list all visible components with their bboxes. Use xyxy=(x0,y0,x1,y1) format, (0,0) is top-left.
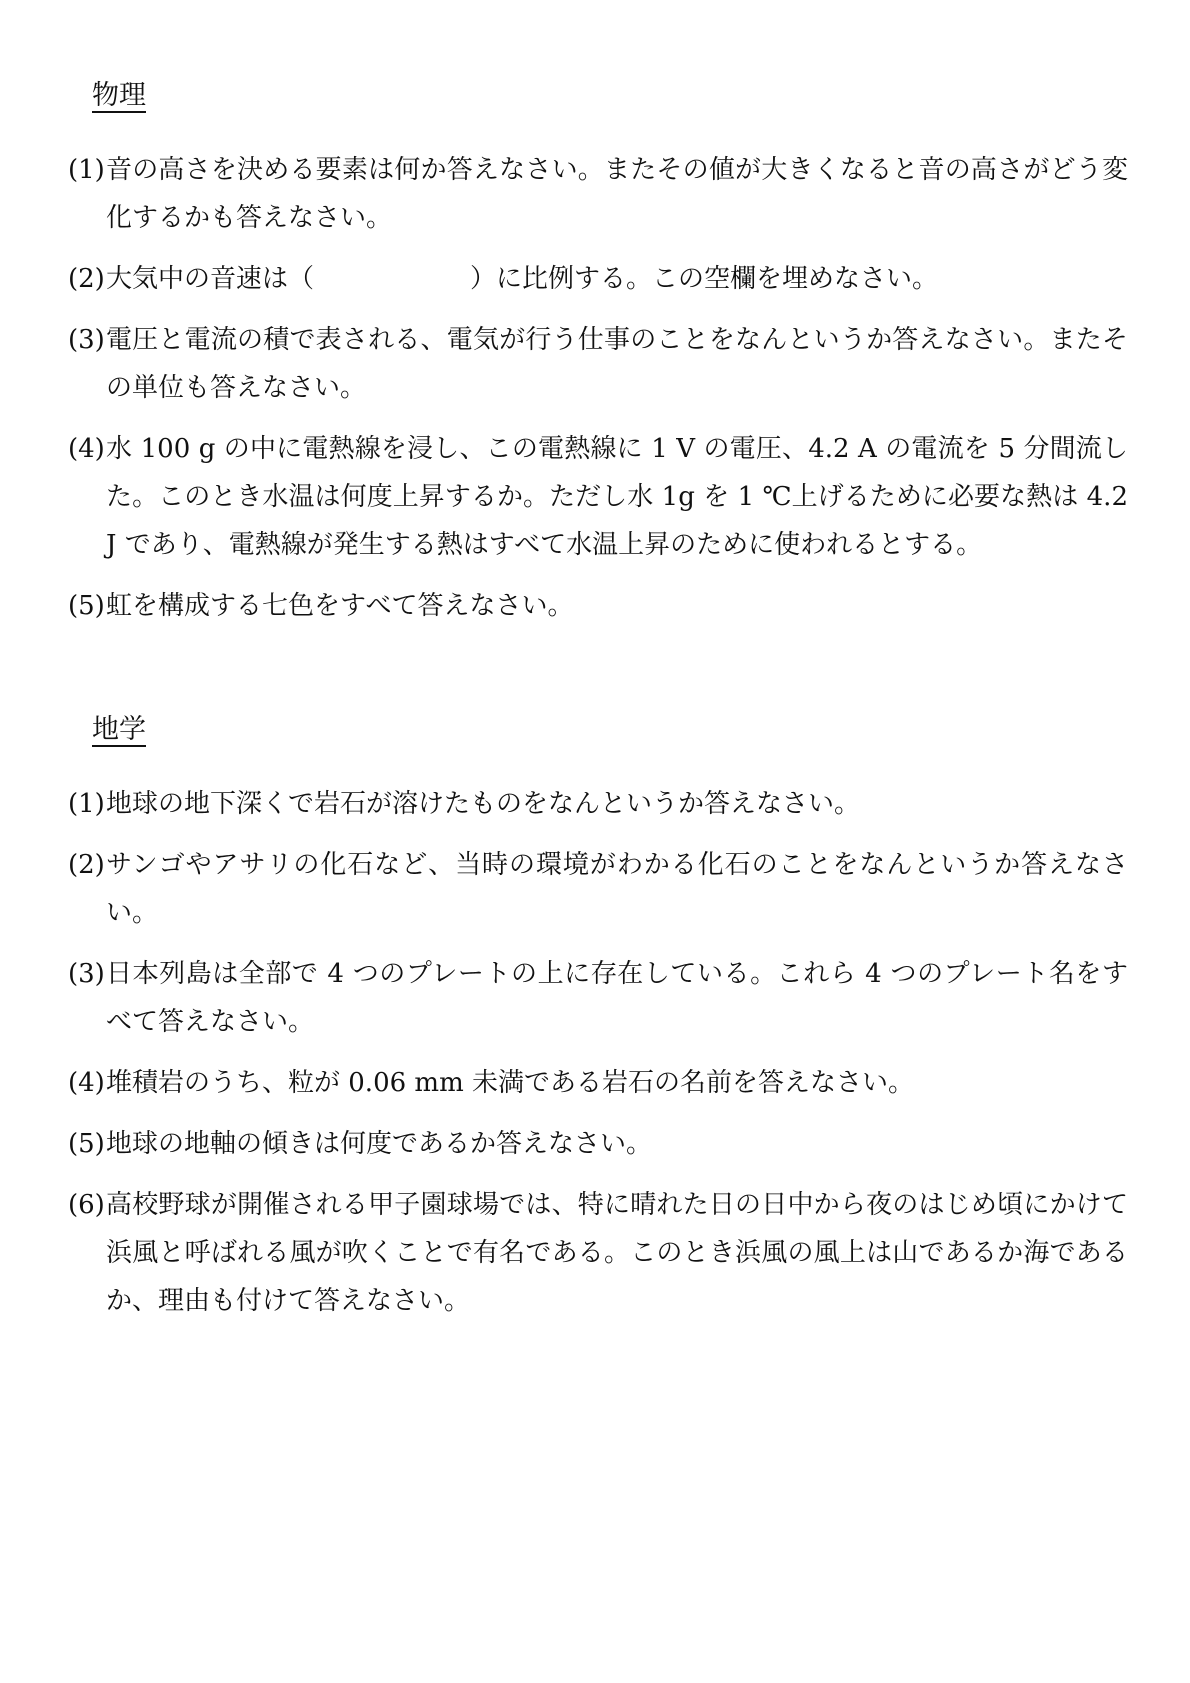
question-text: 虹を構成する七色をすべて答えなさい。 xyxy=(106,582,1128,630)
question-text: 高校野球が開催される甲子園球場では、特に晴れた日の日中から夜のはじめ頃にかけて浜… xyxy=(106,1181,1128,1325)
question-number: (3) xyxy=(68,316,106,364)
question-item: (3) 電圧と電流の積で表される、電気が行う仕事のことをなんというか答えなさい。… xyxy=(68,316,1128,412)
section-title-physics: 物理 xyxy=(92,76,146,116)
question-text: サンゴやアサリの化石など、当時の環境がわかる化石のことをなんというか答えなさい。 xyxy=(106,841,1128,937)
question-text: 地球の地下深くで岩石が溶けたものをなんというか答えなさい。 xyxy=(106,780,1128,828)
question-item: (4) 水 100 g の中に電熱線を浸し、この電熱線に 1 V の電圧、4.2… xyxy=(68,425,1128,569)
document-page: 物理 (1) 音の高さを決める要素は何か答えなさい。またその値が大きくなると音の… xyxy=(0,0,1190,1683)
question-item: (5) 虹を構成する七色をすべて答えなさい。 xyxy=(68,582,1128,630)
question-item: (2) 大気中の音速は（ ）に比例する。この空欄を埋めなさい。 xyxy=(68,255,1128,303)
question-number: (6) xyxy=(68,1181,106,1229)
question-item: (1) 音の高さを決める要素は何か答えなさい。またその値が大きくなると音の高さが… xyxy=(68,146,1128,242)
question-text: 堆積岩のうち、粒が 0.06 mm 未満である岩石の名前を答えなさい。 xyxy=(106,1059,1128,1107)
section-physics: 物理 (1) 音の高さを決める要素は何か答えなさい。またその値が大きくなると音の… xyxy=(68,76,1128,630)
question-number: (5) xyxy=(68,582,106,630)
question-item: (1) 地球の地下深くで岩石が溶けたものをなんというか答えなさい。 xyxy=(68,780,1128,828)
question-item: (4) 堆積岩のうち、粒が 0.06 mm 未満である岩石の名前を答えなさい。 xyxy=(68,1059,1128,1107)
question-text: 大気中の音速は（ ）に比例する。この空欄を埋めなさい。 xyxy=(106,255,1128,303)
question-number: (1) xyxy=(68,146,106,194)
section-earth-science: 地学 (1) 地球の地下深くで岩石が溶けたものをなんというか答えなさい。 (2)… xyxy=(68,710,1128,1325)
question-number: (4) xyxy=(68,1059,106,1107)
question-text: 水 100 g の中に電熱線を浸し、この電熱線に 1 V の電圧、4.2 A の… xyxy=(106,425,1128,569)
question-number: (5) xyxy=(68,1120,106,1168)
question-item: (2) サンゴやアサリの化石など、当時の環境がわかる化石のことをなんというか答え… xyxy=(68,841,1128,937)
question-text: 音の高さを決める要素は何か答えなさい。またその値が大きくなると音の高さがどう変化… xyxy=(106,146,1128,242)
question-text: 地球の地軸の傾きは何度であるか答えなさい。 xyxy=(106,1120,1128,1168)
question-text: 電圧と電流の積で表される、電気が行う仕事のことをなんというか答えなさい。またその… xyxy=(106,316,1128,412)
question-item: (5) 地球の地軸の傾きは何度であるか答えなさい。 xyxy=(68,1120,1128,1168)
question-number: (1) xyxy=(68,780,106,828)
question-number: (2) xyxy=(68,841,106,889)
physics-question-list: (1) 音の高さを決める要素は何か答えなさい。またその値が大きくなると音の高さが… xyxy=(68,146,1128,630)
question-text: 日本列島は全部で 4 つのプレートの上に存在している。これら 4 つのプレート名… xyxy=(106,950,1128,1046)
question-number: (3) xyxy=(68,950,106,998)
question-item: (6) 高校野球が開催される甲子園球場では、特に晴れた日の日中から夜のはじめ頃に… xyxy=(68,1181,1128,1325)
section-title-earth-science: 地学 xyxy=(92,710,146,750)
question-number: (2) xyxy=(68,255,106,303)
question-number: (4) xyxy=(68,425,106,473)
earth-science-question-list: (1) 地球の地下深くで岩石が溶けたものをなんというか答えなさい。 (2) サン… xyxy=(68,780,1128,1325)
question-item: (3) 日本列島は全部で 4 つのプレートの上に存在している。これら 4 つのプ… xyxy=(68,950,1128,1046)
